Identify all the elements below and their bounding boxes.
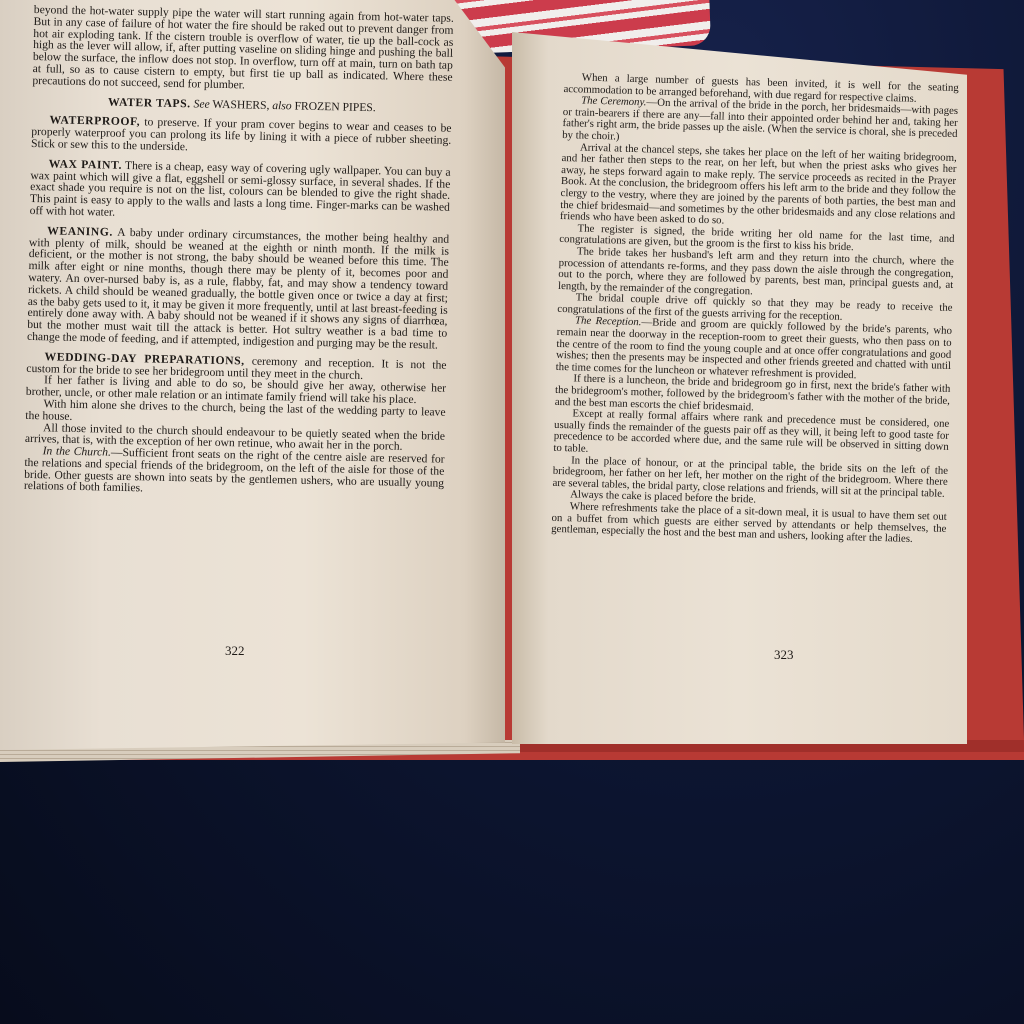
right-page: When a large number of guests has been i… — [512, 32, 967, 744]
left-page-text: beyond the hot-water supply pipe the wat… — [24, 4, 454, 501]
entry-heading: WATER TAPS. — [108, 95, 191, 110]
page-number: 322 — [225, 643, 245, 659]
paragraph: In the Church.—Sufficient front seats on… — [24, 445, 445, 501]
entry-wax-paint: WAX PAINT. There is a cheap, easy way of… — [30, 158, 451, 226]
cross-reference-entry: WATER TAPS. See WASHERS, also FROZEN PIP… — [32, 95, 452, 116]
paragraph: beyond the hot-water supply pipe the wat… — [32, 4, 454, 95]
entry-weaning: WEANING. A baby under ordinary circumsta… — [27, 225, 449, 352]
right-page-text: When a large number of guests has been i… — [551, 72, 959, 547]
paragraph: Arrival at the chancel steps, she takes … — [560, 142, 957, 234]
page-number: 323 — [774, 647, 794, 663]
entry-waterproof: WATERPROOF, to preserve. If your pram co… — [31, 114, 452, 158]
left-page: beyond the hot-water supply pipe the wat… — [0, 0, 505, 750]
